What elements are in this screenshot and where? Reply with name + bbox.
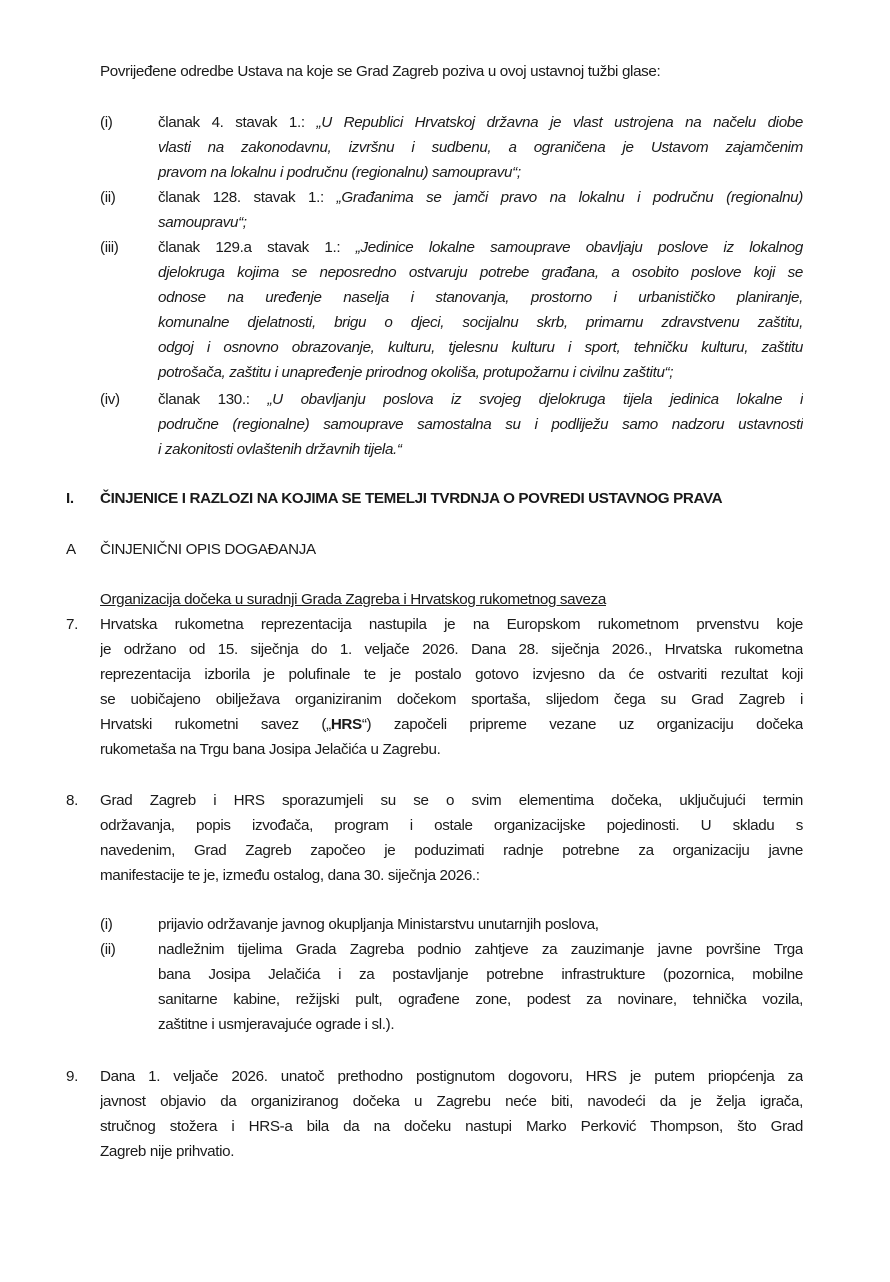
paragraph-line: Grad Zagreb i HRS sporazumjeli su se o s… [100, 788, 803, 813]
list-item-text: nadležnim tijelima Grada Zagreba podnio … [158, 937, 803, 962]
provision-i: članak 4. stavak 1.: „U Republici Hrvats… [158, 110, 803, 185]
provision-label: (iii) [100, 235, 119, 260]
list-item-text: zaštitne i usmjeravajuće ograde i sl.). [158, 1012, 803, 1037]
text-run: “) započeli pripreme vezane uz organizac… [362, 716, 803, 733]
hrs-abbreviation: HRS [331, 716, 362, 733]
paragraph-line: Dana 1. veljače 2026. unatoč prethodno p… [100, 1064, 803, 1089]
provision-quote: komunalne djelatnosti, brigu o djeci, so… [158, 310, 803, 335]
section-title: ČINJENICE I RAZLOZI NA KOJIMA SE TEMELJI… [100, 486, 820, 511]
paragraph-line: se uobičajeno obilježava organiziranim d… [100, 687, 803, 712]
document-page: Povrijeđene odredbe Ustava na koje se Gr… [0, 0, 890, 1282]
provision-quote: „U obavljanju poslova iz svojeg djelokru… [267, 391, 803, 408]
provision-quote: i zakonitosti ovlaštenih državnih tijela… [158, 437, 803, 462]
intro-text: Povrijeđene odredbe Ustava na koje se Gr… [100, 59, 803, 84]
list-item-text: bana Josipa Jelačića i za postavljanje p… [158, 962, 803, 987]
list-item-label: (i) [100, 912, 112, 937]
provision-ii: članak 128. stavak 1.: „Građanima se jam… [158, 185, 803, 235]
provision-label: (iv) [100, 387, 120, 412]
list-item-label: (ii) [100, 937, 115, 962]
provision-ref: članak 128. stavak 1.: [158, 189, 337, 206]
provision-quote: samoupravu“; [158, 210, 803, 235]
paragraph-line: održavanja, popis izvođača, program i os… [100, 813, 803, 838]
paragraph-9: Dana 1. veljače 2026. unatoč prethodno p… [100, 1064, 803, 1164]
paragraph-7: Hrvatska rukometna reprezentacija nastup… [100, 612, 803, 762]
provision-label: (i) [100, 110, 112, 135]
provision-quote: odnose na uređenje naselja i stanovanja,… [158, 285, 803, 310]
provision-quote: pravom na lokalnu i područnu (regionalnu… [158, 160, 803, 185]
subsection-title: ČINJENIČNI OPIS DOGAĐANJA [100, 537, 800, 562]
provision-ref: članak 129.a stavak 1.: [158, 239, 356, 256]
paragraph-line: rukometaša na Trgu bana Josipa Jelačića … [100, 737, 803, 762]
subheading: Organizacija dočeka u suradnji Grada Zag… [100, 587, 800, 612]
provision-label: (ii) [100, 185, 115, 210]
paragraph-line: navedenim, Grad Zagreb započeo je poduzi… [100, 838, 803, 863]
paragraph-line: je održano od 15. siječnja do 1. veljače… [100, 637, 803, 662]
provision-quote: „U Republici Hrvatskoj državna je vlast … [316, 114, 803, 131]
provision-quote: potrošača, zaštitu i unapređenje prirodn… [158, 360, 803, 385]
paragraph-line: Zagreb nije prihvatio. [100, 1139, 803, 1164]
provision-quote: „Jedinice lokalne samouprave obavljaju p… [356, 239, 803, 256]
paragraph-line: Hrvatski rukometni savez („HRS“) započel… [100, 712, 803, 737]
paragraph-number: 7. [66, 612, 78, 637]
provision-quote: „Građanima se jamči pravo na lokalnu i p… [337, 189, 803, 206]
list-item-text: sanitarne kabine, režijski pult, ograđen… [158, 987, 803, 1012]
paragraph-number: 8. [66, 788, 78, 813]
provision-quote: vlasti na zakonodavnu, izvršnu i sudbenu… [158, 135, 803, 160]
subsection-letter: A [66, 537, 76, 562]
paragraph-8: Grad Zagreb i HRS sporazumjeli su se o s… [100, 788, 803, 888]
provision-iv: članak 130.: „U obavljanju poslova iz sv… [158, 387, 803, 462]
list-item: prijavio održavanje javnog okupljanja Mi… [158, 912, 803, 937]
provision-ref: članak 130.: [158, 391, 267, 408]
paragraph-line: Hrvatska rukometna reprezentacija nastup… [100, 612, 803, 637]
paragraph-line: stručnog stožera i HRS-a bila da na doče… [100, 1114, 803, 1139]
paragraph-number: 9. [66, 1064, 78, 1089]
provision-quote: odgoj i osnovno obrazovanje, kulturu, tj… [158, 335, 803, 360]
paragraph-line: reprezentacija izborila je polufinale te… [100, 662, 803, 687]
list-item: nadležnim tijelima Grada Zagreba podnio … [158, 937, 803, 1037]
provision-ref: članak 4. stavak 1.: [158, 114, 316, 131]
provision-quote: područne (regionalne) samouprave samosta… [158, 412, 803, 437]
text-run: Hrvatski rukometni savez („ [100, 716, 331, 733]
provision-quote: djelokruga kojima se neposredno ostvaruj… [158, 260, 803, 285]
paragraph-line: javnost objavio da organiziranog dočeka … [100, 1089, 803, 1114]
provision-iii: članak 129.a stavak 1.: „Jedinice lokaln… [158, 235, 803, 385]
paragraph-line: manifestacije te je, između ostalog, dan… [100, 863, 803, 888]
list-item-text: prijavio održavanje javnog okupljanja Mi… [158, 912, 803, 937]
section-number: I. [66, 486, 74, 511]
